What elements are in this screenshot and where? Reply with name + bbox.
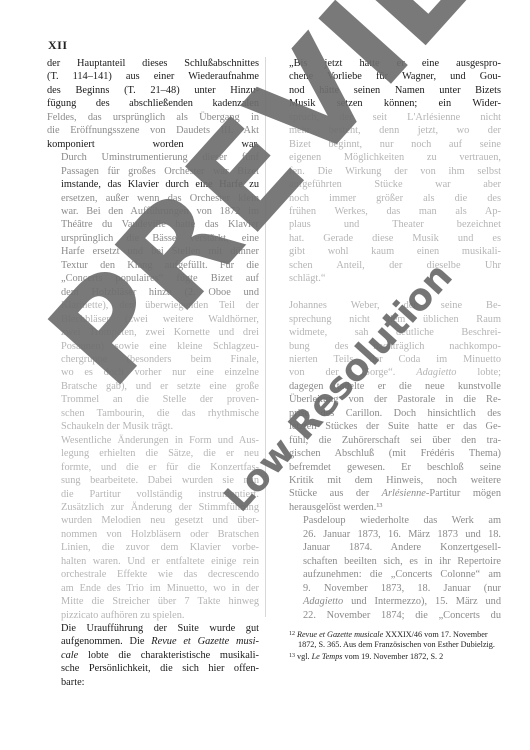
paragraph: Johannes Weber, der seine Be-sprechung n… xyxy=(289,299,501,514)
footnote-text: vgl. Le Temps vom 19. November 1872, S. … xyxy=(295,652,443,661)
text-line: fühl, die Zuhörerschaft sei über den tra… xyxy=(289,434,501,447)
footnotes: 12 Revue et Gazette musicale XXXIX/46 vo… xyxy=(289,629,501,662)
text-line: noch immer größer als die des xyxy=(289,192,501,205)
text-line: Überleitung von der Pastorale in die Re- xyxy=(289,393,501,406)
text-line: Mitte die Streicher über 7 Takte hinweg xyxy=(47,595,259,608)
footnote-text: Revue et Gazette musicale XXXIX/46 vom 1… xyxy=(295,630,495,649)
text-line: chergruppe (besonders beim Finale, xyxy=(47,353,259,366)
text-line: sche Persönlichkeit, die sich hier offen… xyxy=(47,662,259,675)
text-line: mehr besteht, denn jetzt, wo der xyxy=(289,124,501,137)
text-line: 26. Januar 1873, 16. März 1873 und 18. xyxy=(289,528,501,541)
text-line: letzten Stückes der Suite hatte er das G… xyxy=(289,420,501,433)
paragraph: Durch Uminstrumentierung dieser fünfPass… xyxy=(47,151,259,434)
text-line: nod hätte seinen Namen unter Bizets xyxy=(289,84,501,97)
text-line: befremdet gewesen. Er beschloß seine xyxy=(289,461,501,474)
text-line: Schaukeln der Musik trägt. xyxy=(47,420,259,433)
text-line: ersetzen, außer wenn das Orchester klein xyxy=(47,192,259,205)
text-line: des Beginns (T. 21–48) unter Hinzu- xyxy=(47,84,259,97)
text-line: Harfe ersetzt und bei Stellen mit dünner xyxy=(47,245,259,258)
text-line: am Ende des Trio im Minuetto, wo in der xyxy=(47,582,259,595)
text-line: frühen Werkes, das man als Ap- xyxy=(289,205,501,218)
text-line: schen Anteil, der dieselbe Uhr xyxy=(289,259,501,272)
text-line: gibt wohl kaum einen musikali- xyxy=(289,245,501,258)
text-line: schaften beeilten sich, es in ihr Repert… xyxy=(289,555,501,568)
text-line: Trommel an die Stelle der proven- xyxy=(47,393,259,406)
text-line: orchestrale Effekte wie das decrescendo xyxy=(47,568,259,581)
left-column: der Hauptanteil dieses Schlußabschnittes… xyxy=(47,57,259,689)
text-line: formte, und die er für die Konzertfas- xyxy=(47,461,259,474)
text-line: fügung des abschließenden kadenzalen xyxy=(47,97,259,110)
paragraph: „Bis jetzt hatte er eine ausgespro-chene… xyxy=(289,57,501,286)
column-divider xyxy=(265,57,266,617)
text-line: der Hauptanteil dieses Schlußabschnittes xyxy=(47,57,259,70)
document-page: XII der Hauptanteil dieses Schlußabschni… xyxy=(0,0,530,750)
text-line: Stücke aus der Arlésienne-Partitur mögen xyxy=(289,487,501,500)
text-line: Pasdeloup wiederholte das Werk am xyxy=(289,514,501,527)
text-line: Passagen für großes Orchester war Bizet xyxy=(47,165,259,178)
text-line: eigenen Möglichkeiten zu vertrauen, xyxy=(289,151,501,164)
text-line: sung bearbeitete. Dabei wurden sie nun xyxy=(47,474,259,487)
text-line: Januar 1874. Andere Konzertgesell- xyxy=(289,541,501,554)
text-line: 9. November 1873, 18. Januar (nur xyxy=(289,582,501,595)
text-line: wo es doch vorher nur eine einzelne xyxy=(47,366,259,379)
text-line: legung erhielten die Sätze, die er neu xyxy=(47,447,259,460)
text-line: Durch Uminstrumentierung dieser fünf xyxy=(47,151,259,164)
text-line: pizzicato aufhören zu spielen. xyxy=(47,609,259,622)
footnote: 12 Revue et Gazette musicale XXXIX/46 vo… xyxy=(289,629,501,651)
text-line: Die Uraufführung der Suite wurde gut xyxy=(47,622,259,635)
text-line: aufgeführten Stücke war aber xyxy=(289,178,501,191)
text-line: Klarinette), den überwiegenden Teil der xyxy=(47,299,259,312)
text-line: aufzunehmen: die „Concerts Colonne“ am xyxy=(289,568,501,581)
text-line: barte: xyxy=(47,676,259,689)
text-line: spruch, der seit L'Arlésienne nicht xyxy=(289,111,501,124)
text-line: aufgenommen. Die Revue et Gazette musi- xyxy=(47,635,259,648)
text-line: komponiert worden war. xyxy=(47,138,259,151)
text-line: ursprünglich die Bässe verstärkt, eine xyxy=(47,232,259,245)
text-line: fen. Die Wirkung der von ihm selbst xyxy=(289,165,501,178)
text-line: von der „Sorge“. Adagietto lobte; xyxy=(289,366,501,379)
text-line: plaus und Theater bezeichnet xyxy=(289,218,501,231)
text-line: hat. Gerade diese Musik und es xyxy=(289,232,501,245)
text-line: Posaunen) sowie eine kleine Schlagzeu- xyxy=(47,340,259,353)
text-line: zwei Trompeten, zwei Kornette und drei xyxy=(47,326,259,339)
text-line: Feldes, das ursprünglich als Übergang in xyxy=(47,111,259,124)
text-line: nommen von Holzbläsern oder Bratschen xyxy=(47,528,259,541)
text-line: Musik setzen können; ein Wider- xyxy=(289,97,501,110)
text-line: Adagietto und Intermezzo), 15. März und xyxy=(289,595,501,608)
text-line: halten waren. Und er entfaltete einige r… xyxy=(47,555,259,568)
text-line: Wesentliche Änderungen in Form und Aus- xyxy=(47,434,259,447)
text-line: widmete, sah deutliche Beschrei- xyxy=(289,326,501,339)
text-line: bung des nachträglich nachkompo- xyxy=(289,340,501,353)
text-line: Théâtre du Vaudeville hatte das Klavier xyxy=(47,218,259,231)
text-line: dagegen tadelte er die neue kunstvolle xyxy=(289,380,501,393)
text-line: die Partitur vollständig instrumentiert. xyxy=(47,488,259,501)
text-line: gischen Abschluß (mit Frédéris Thema) xyxy=(289,447,501,460)
text-line: herausgelöst werden.¹³ xyxy=(289,501,501,514)
text-line: Blechbläser (zwei weitere Waldhörner, xyxy=(47,313,259,326)
text-line: (T. 114–141) aus einer Wiederaufnahme xyxy=(47,70,259,83)
text-line: Zusätzlich zur Änderung der Stimmführung xyxy=(47,501,259,514)
text-line: Linien, die zuvor dem Klavier vorbe- xyxy=(47,541,259,554)
text-line: dem Holzbläser hinzu (2. Oboe und xyxy=(47,286,259,299)
text-line: die Eröffnungsszene von Daudets III. Akt xyxy=(47,124,259,137)
text-line: Johannes Weber, der seine Be- xyxy=(289,299,501,312)
paragraph: Pasdeloup wiederholte das Werk am26. Jan… xyxy=(289,514,501,622)
paragraph: der Hauptanteil dieses Schlußabschnittes… xyxy=(47,57,259,151)
text-line: Kritik mit dem Hinweis, noch weitere xyxy=(289,474,501,487)
footnote: 13 vgl. Le Temps vom 19. November 1872, … xyxy=(289,651,501,662)
text-line: „Concerts populaires“ fügte Bizet auf xyxy=(47,272,259,285)
page-number: XII xyxy=(48,38,68,53)
text-line: Textur den Klang aufgefüllt. Für die xyxy=(47,259,259,272)
text-line: „Bis jetzt hatte er eine ausgespro- xyxy=(289,57,501,70)
paragraph: Wesentliche Änderungen in Form und Aus-l… xyxy=(47,434,259,622)
paragraph-gap xyxy=(289,286,501,299)
text-line: war. Bei den Aufführungen von 1872 im xyxy=(47,205,259,218)
paragraph: Die Uraufführung der Suite wurde gutaufg… xyxy=(47,622,259,689)
text-line: sprechung nicht dem üblichen Raum xyxy=(289,313,501,326)
text-line: wurden Melodien neu gesetzt und über- xyxy=(47,514,259,527)
text-line: imstande, das Klavier durch eine Harfe z… xyxy=(47,178,259,191)
text-line: Bratsche gab), und er setzte eine große xyxy=(47,380,259,393)
text-line: Bizet beginnt, nur noch auf seine xyxy=(289,138,501,151)
text-line: cale lobte die charakteristische musikal… xyxy=(47,649,259,662)
text-line: schlägt.“ xyxy=(289,272,501,285)
text-line: nierten Teils der Coda im Minuetto xyxy=(289,353,501,366)
text-line: schen Tambourin, die das rhythmische xyxy=(47,407,259,420)
text-line: prise des Carillon. Doch hinsichtlich de… xyxy=(289,407,501,420)
text-line: 22. November 1874; die „Concerts du xyxy=(289,609,501,622)
right-column: „Bis jetzt hatte er eine ausgespro-chene… xyxy=(289,57,501,662)
text-line: chene Vorliebe für Wagner, und Gou- xyxy=(289,70,501,83)
